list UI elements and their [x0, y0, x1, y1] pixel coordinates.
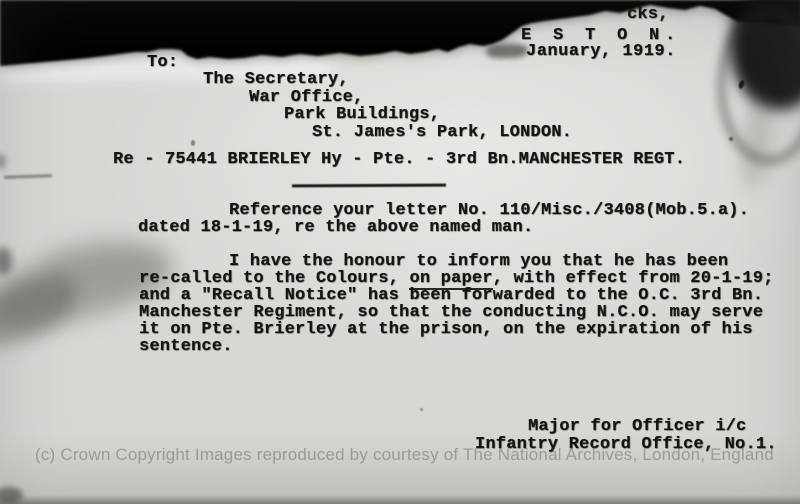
- recipient-to-label: To:: [147, 54, 178, 71]
- body-line: Reference your letter No. 110/Misc./3408…: [229, 202, 749, 219]
- body-line: and a "Recall Notice" has been forwarded…: [139, 287, 763, 304]
- letterhead-date: January, 1919.: [526, 43, 676, 60]
- body-line: dated 18-1-19, re the above named man.: [138, 219, 533, 236]
- body-line: it on Pte. Brierley at the prison, on th…: [139, 321, 753, 338]
- recipient-line: The Secretary,: [203, 71, 349, 88]
- scanned-letter: (c) Crown Copyright Images reproduced by…: [0, 0, 800, 504]
- letterhead-fragment: cks,: [627, 6, 669, 23]
- typed-text-layer: cks, E S T O N. January, 1919. To: The S…: [0, 0, 800, 504]
- signature-line: Major for Officer i/c: [528, 418, 746, 435]
- recipient-line: St. James's Park, LONDON.: [312, 124, 572, 141]
- body-line: Manchester Regiment, so that the conduct…: [139, 304, 763, 321]
- recipient-line: Park Buildings,: [284, 106, 440, 123]
- signature-line: Infantry Record Office, No.1.: [475, 436, 777, 453]
- body-line: sentence.: [139, 338, 233, 355]
- subject-line: Re - 75441 BRIERLEY Hy - Pte. - 3rd Bn.M…: [113, 151, 685, 168]
- recipient-line: War Office,: [249, 89, 363, 106]
- body-line: I have the honour to inform you that he …: [229, 253, 728, 270]
- subject-underline: [292, 184, 446, 188]
- body-line: re-called to the Colours, on paper, with…: [139, 270, 774, 287]
